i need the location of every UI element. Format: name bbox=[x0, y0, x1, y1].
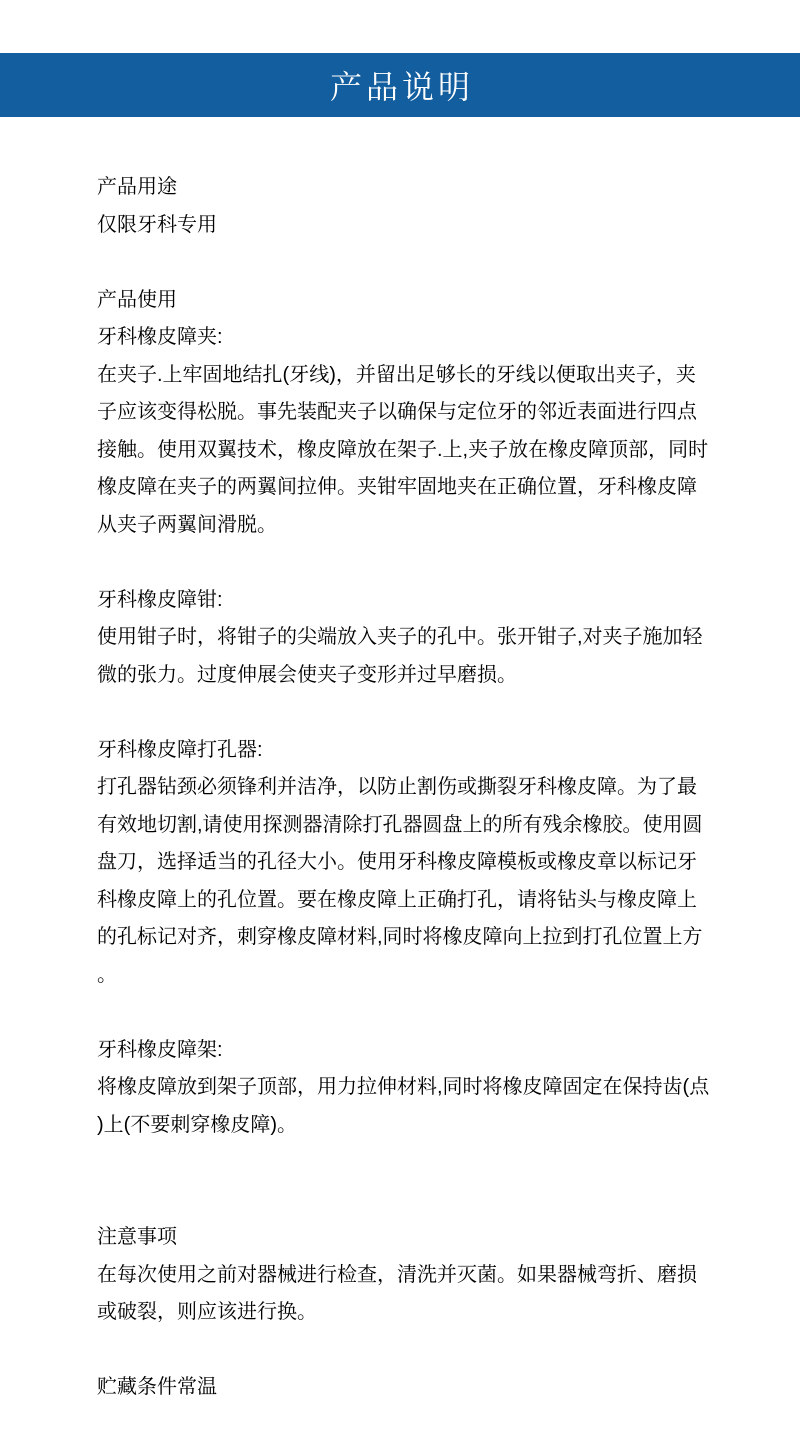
page-root: { "page": { "background_color": "#ffffff… bbox=[0, 0, 800, 1435]
blank-line bbox=[97, 544, 717, 582]
text-line: 牙科橡皮障打孔器: bbox=[97, 732, 717, 770]
text-line: 在每次使用之前对器械进行检查，清洗并灭菌。如果器械弯折、磨损 bbox=[97, 1257, 717, 1295]
header-bar: 产品说明 bbox=[0, 53, 800, 117]
text-line: 仅限牙科专用 bbox=[97, 207, 717, 245]
text-line: 。 bbox=[97, 957, 717, 995]
content-lines: 产品用途仅限牙科专用产品使用牙科橡皮障夹:在夹子.上牢固地结扎(牙线)，并留出足… bbox=[97, 169, 717, 1407]
text-line: 使用钳子时，将钳子的尖端放入夹子的孔中。张开钳子,对夹子施加轻 bbox=[97, 619, 717, 657]
text-line: 从夹子两翼间滑脱。 bbox=[97, 507, 717, 545]
blank-line bbox=[97, 1332, 717, 1370]
page-title: 产品说明 bbox=[326, 62, 474, 108]
text-line: 牙科橡皮障夹: bbox=[97, 319, 717, 357]
text-line: 注意事项 bbox=[97, 1219, 717, 1257]
text-line: 贮藏条件常温 bbox=[97, 1369, 717, 1407]
text-line: 在夹子.上牢固地结扎(牙线)，并留出足够长的牙线以便取出夹子，夹 bbox=[97, 357, 717, 395]
text-line: 或破裂，则应该进行换。 bbox=[97, 1294, 717, 1332]
text-line: 有效地切割,请使用探测器清除打孔器圆盘上的所有残余橡胶。使用圆 bbox=[97, 807, 717, 845]
text-line: 牙科橡皮障钳: bbox=[97, 582, 717, 620]
text-line: 产品用途 bbox=[97, 169, 717, 207]
text-line: 微的张力。过度伸展会使夹子变形并过早磨损。 bbox=[97, 657, 717, 695]
text-line: 橡皮障在夹子的两翼间拉伸。夹钳牢固地夹在正确位置，牙科橡皮障 bbox=[97, 469, 717, 507]
text-line: 科橡皮障上的孔位置。要在橡皮障上正确打孔，请将钻头与橡皮障上 bbox=[97, 882, 717, 920]
text-line: 产品使用 bbox=[97, 282, 717, 320]
blank-line bbox=[97, 694, 717, 732]
text-line: 牙科橡皮障架: bbox=[97, 1032, 717, 1070]
text-line: 的孔标记对齐，刺穿橡皮障材料,同时将橡皮障向上拉到打孔位置上方 bbox=[97, 919, 717, 957]
text-line: )上(不要刺穿橡皮障)。 bbox=[97, 1107, 717, 1145]
text-line: 打孔器钻颈必须锋利并洁净，以防止割伤或撕裂牙科橡皮障。为了最 bbox=[97, 769, 717, 807]
text-line: 接触。使用双翼技术，橡皮障放在架子.上,夹子放在橡皮障顶部，同时 bbox=[97, 432, 717, 470]
text-line: 将橡皮障放到架子顶部，用力拉伸材料,同时将橡皮障固定在保持齿(点 bbox=[97, 1069, 717, 1107]
blank-line bbox=[97, 1144, 717, 1182]
blank-line bbox=[97, 994, 717, 1032]
blank-line bbox=[97, 244, 717, 282]
blank-line bbox=[97, 1182, 717, 1220]
text-line: 盘刀，选择适当的孔径大小。使用牙科橡皮障模板或橡皮章以标记牙 bbox=[97, 844, 717, 882]
text-line: 子应该变得松脱。事先装配夹子以确保与定位牙的邻近表面进行四点 bbox=[97, 394, 717, 432]
